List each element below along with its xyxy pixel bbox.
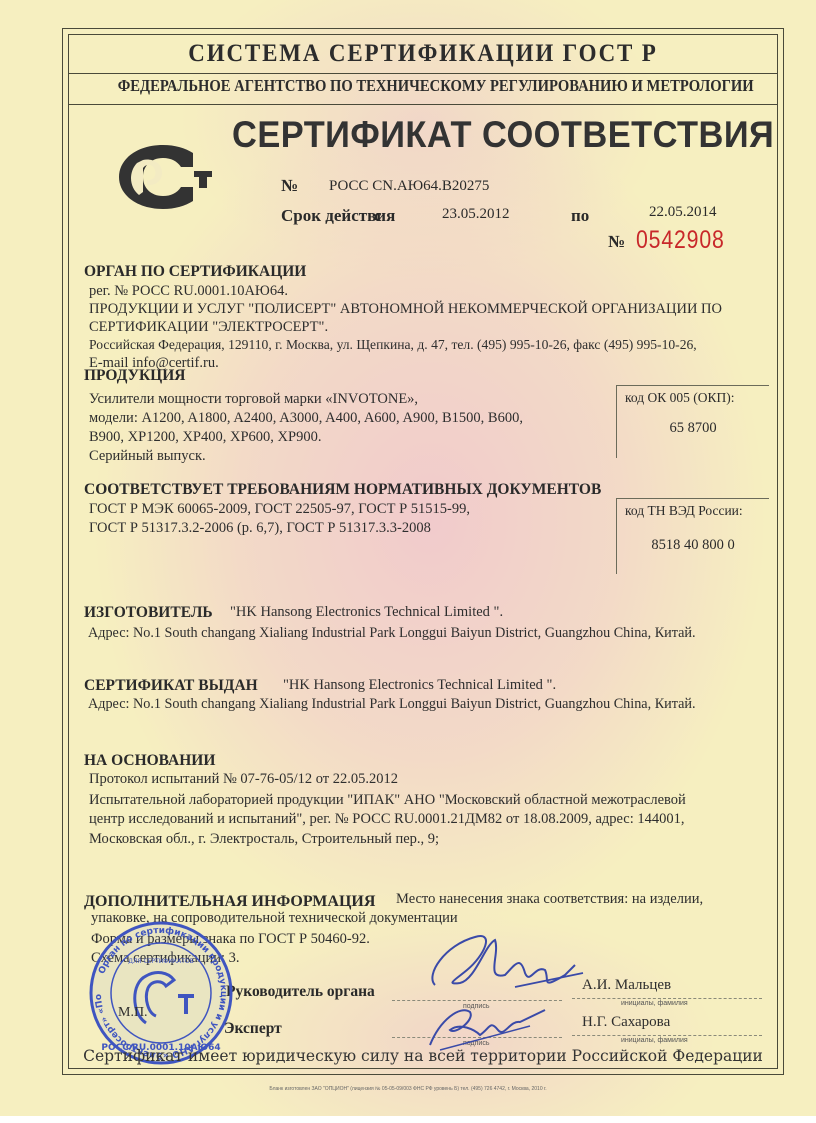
manufacturer-name: "HK Hansong Electronics Technical Limite… (230, 604, 503, 621)
head-name-caption: инициалы, фамилия (621, 1000, 688, 1007)
head-signature-icon (415, 925, 585, 1005)
issued-to-heading: СЕРТИФИКАТ ВЫДАН (84, 677, 258, 695)
head-name-line (572, 998, 762, 999)
products-line: Усилители мощности торговой марки «INVOT… (89, 391, 418, 408)
certificate-title: СЕРТИФИКАТ СООТВЕТСТВИЯ (232, 114, 774, 156)
expert-name: Н.Г. Сахарова (582, 1014, 670, 1031)
stamp-mp-label: М.П. (118, 1005, 148, 1021)
products-heading: ПРОДУКЦИЯ (84, 367, 186, 385)
header-divider-bottom (68, 104, 778, 105)
okp-code-label: код ОК 005 (ОКП): (625, 390, 734, 406)
additional-first-line: Место нанесения знака соответствия: на и… (396, 891, 703, 908)
basis-line: Протокол испытаний № 07-76-05/12 от 22.0… (89, 771, 398, 788)
certification-body-address: Российская Федерация, 129110, г. Москва,… (89, 337, 697, 353)
products-models: модели: A1200, A1800, A2400, A3000, A400… (89, 410, 523, 427)
blank-number: 0542908 (636, 226, 725, 255)
tnved-code-box: код ТН ВЭД России: 8518 40 800 0 (616, 498, 769, 574)
compliance-heading: СООТВЕТСТВУЕТ ТРЕБОВАНИЯМ НОРМАТИВНЫХ ДО… (84, 481, 601, 499)
issued-to-name: "HK Hansong Electronics Technical Limite… (283, 677, 556, 694)
compliance-line: ГОСТ Р МЭК 60065-2009, ГОСТ 22505-97, ГО… (89, 501, 470, 518)
certification-body-heading: ОРГАН ПО СЕРТИФИКАЦИИ (84, 263, 306, 281)
manufacturer-heading: ИЗГОТОВИТЕЛЬ (84, 604, 213, 622)
issued-to-address: Адрес: No.1 South changang Xialiang Indu… (88, 696, 696, 713)
valid-from-date: 23.05.2012 (442, 206, 510, 223)
system-title: СИСТЕМА СЕРТИФИКАЦИИ ГОСТ Р (96, 40, 749, 68)
products-models-cont: B900, XP1200, XP400, XP600, XP900. (89, 429, 321, 446)
expert-name-caption: инициалы, фамилия (621, 1037, 688, 1044)
basis-heading: НА ОСНОВАНИИ (84, 752, 215, 770)
valid-to-date: 22.05.2014 (649, 204, 717, 221)
compliance-line: ГОСТ Р 51317.3.2-2006 (р. 6,7), ГОСТ Р 5… (89, 520, 431, 537)
validity-to-label: по (571, 206, 589, 226)
basis-line: Московская обл., г. Электросталь, Строит… (89, 831, 439, 848)
official-stamp-icon: Орган по сертификации продукции и услуг … (86, 918, 236, 1068)
header-divider-top (68, 73, 778, 74)
certificate-number-label: № (281, 176, 298, 196)
rst-mark-icon (117, 143, 213, 211)
head-name: А.И. Мальцев (582, 977, 671, 994)
blank-number-label: № (608, 232, 625, 252)
tnved-code-value: 8518 40 800 0 (617, 537, 769, 554)
agency-name: ФЕДЕРАЛЬНОЕ АГЕНТСТВО ПО ТЕХНИЧЕСКОМУ РЕ… (118, 76, 729, 96)
certification-body-line: СЕРТИФИКАЦИИ "ЭЛЕКТРОСЕРТ". (89, 319, 328, 336)
stamp-top-text: ДЛЯ СЕРТИФИКАТОВ (128, 958, 194, 965)
validity-statement: Сертификат имеет юридическую силу на все… (68, 1047, 778, 1065)
okp-code-value: 65 8700 (617, 420, 769, 437)
certification-body-line: ПРОДУКЦИИ И УСЛУГ "ПОЛИСЕРТ" АВТОНОМНОЙ … (89, 301, 722, 318)
manufacturer-address: Адрес: No.1 South changang Xialiang Indu… (88, 625, 696, 642)
basis-line: центр исследований и испытаний", рег. № … (89, 811, 685, 828)
additional-heading: ДОПОЛНИТЕЛЬНАЯ ИНФОРМАЦИЯ (84, 893, 375, 911)
expert-name-line (572, 1035, 762, 1036)
certification-body-line: рег. № РОСС RU.0001.10АЮ64. (89, 283, 288, 300)
certificate-number: РОСС CN.АЮ64.В20275 (329, 178, 489, 195)
tnved-code-label: код ТН ВЭД России: (625, 503, 743, 519)
basis-line: Испытательной лабораторией продукции "ИП… (89, 792, 686, 809)
print-info: Бланк изготовлен ЗАО "ОПЦИОН" (лицензия … (0, 1086, 816, 1092)
validity-from-label: с (374, 206, 382, 226)
okp-code-box: код ОК 005 (ОКП): 65 8700 (616, 385, 769, 458)
head-of-body-label: Руководитель органа (226, 983, 375, 1001)
products-serial-release: Серийный выпуск. (89, 448, 206, 465)
